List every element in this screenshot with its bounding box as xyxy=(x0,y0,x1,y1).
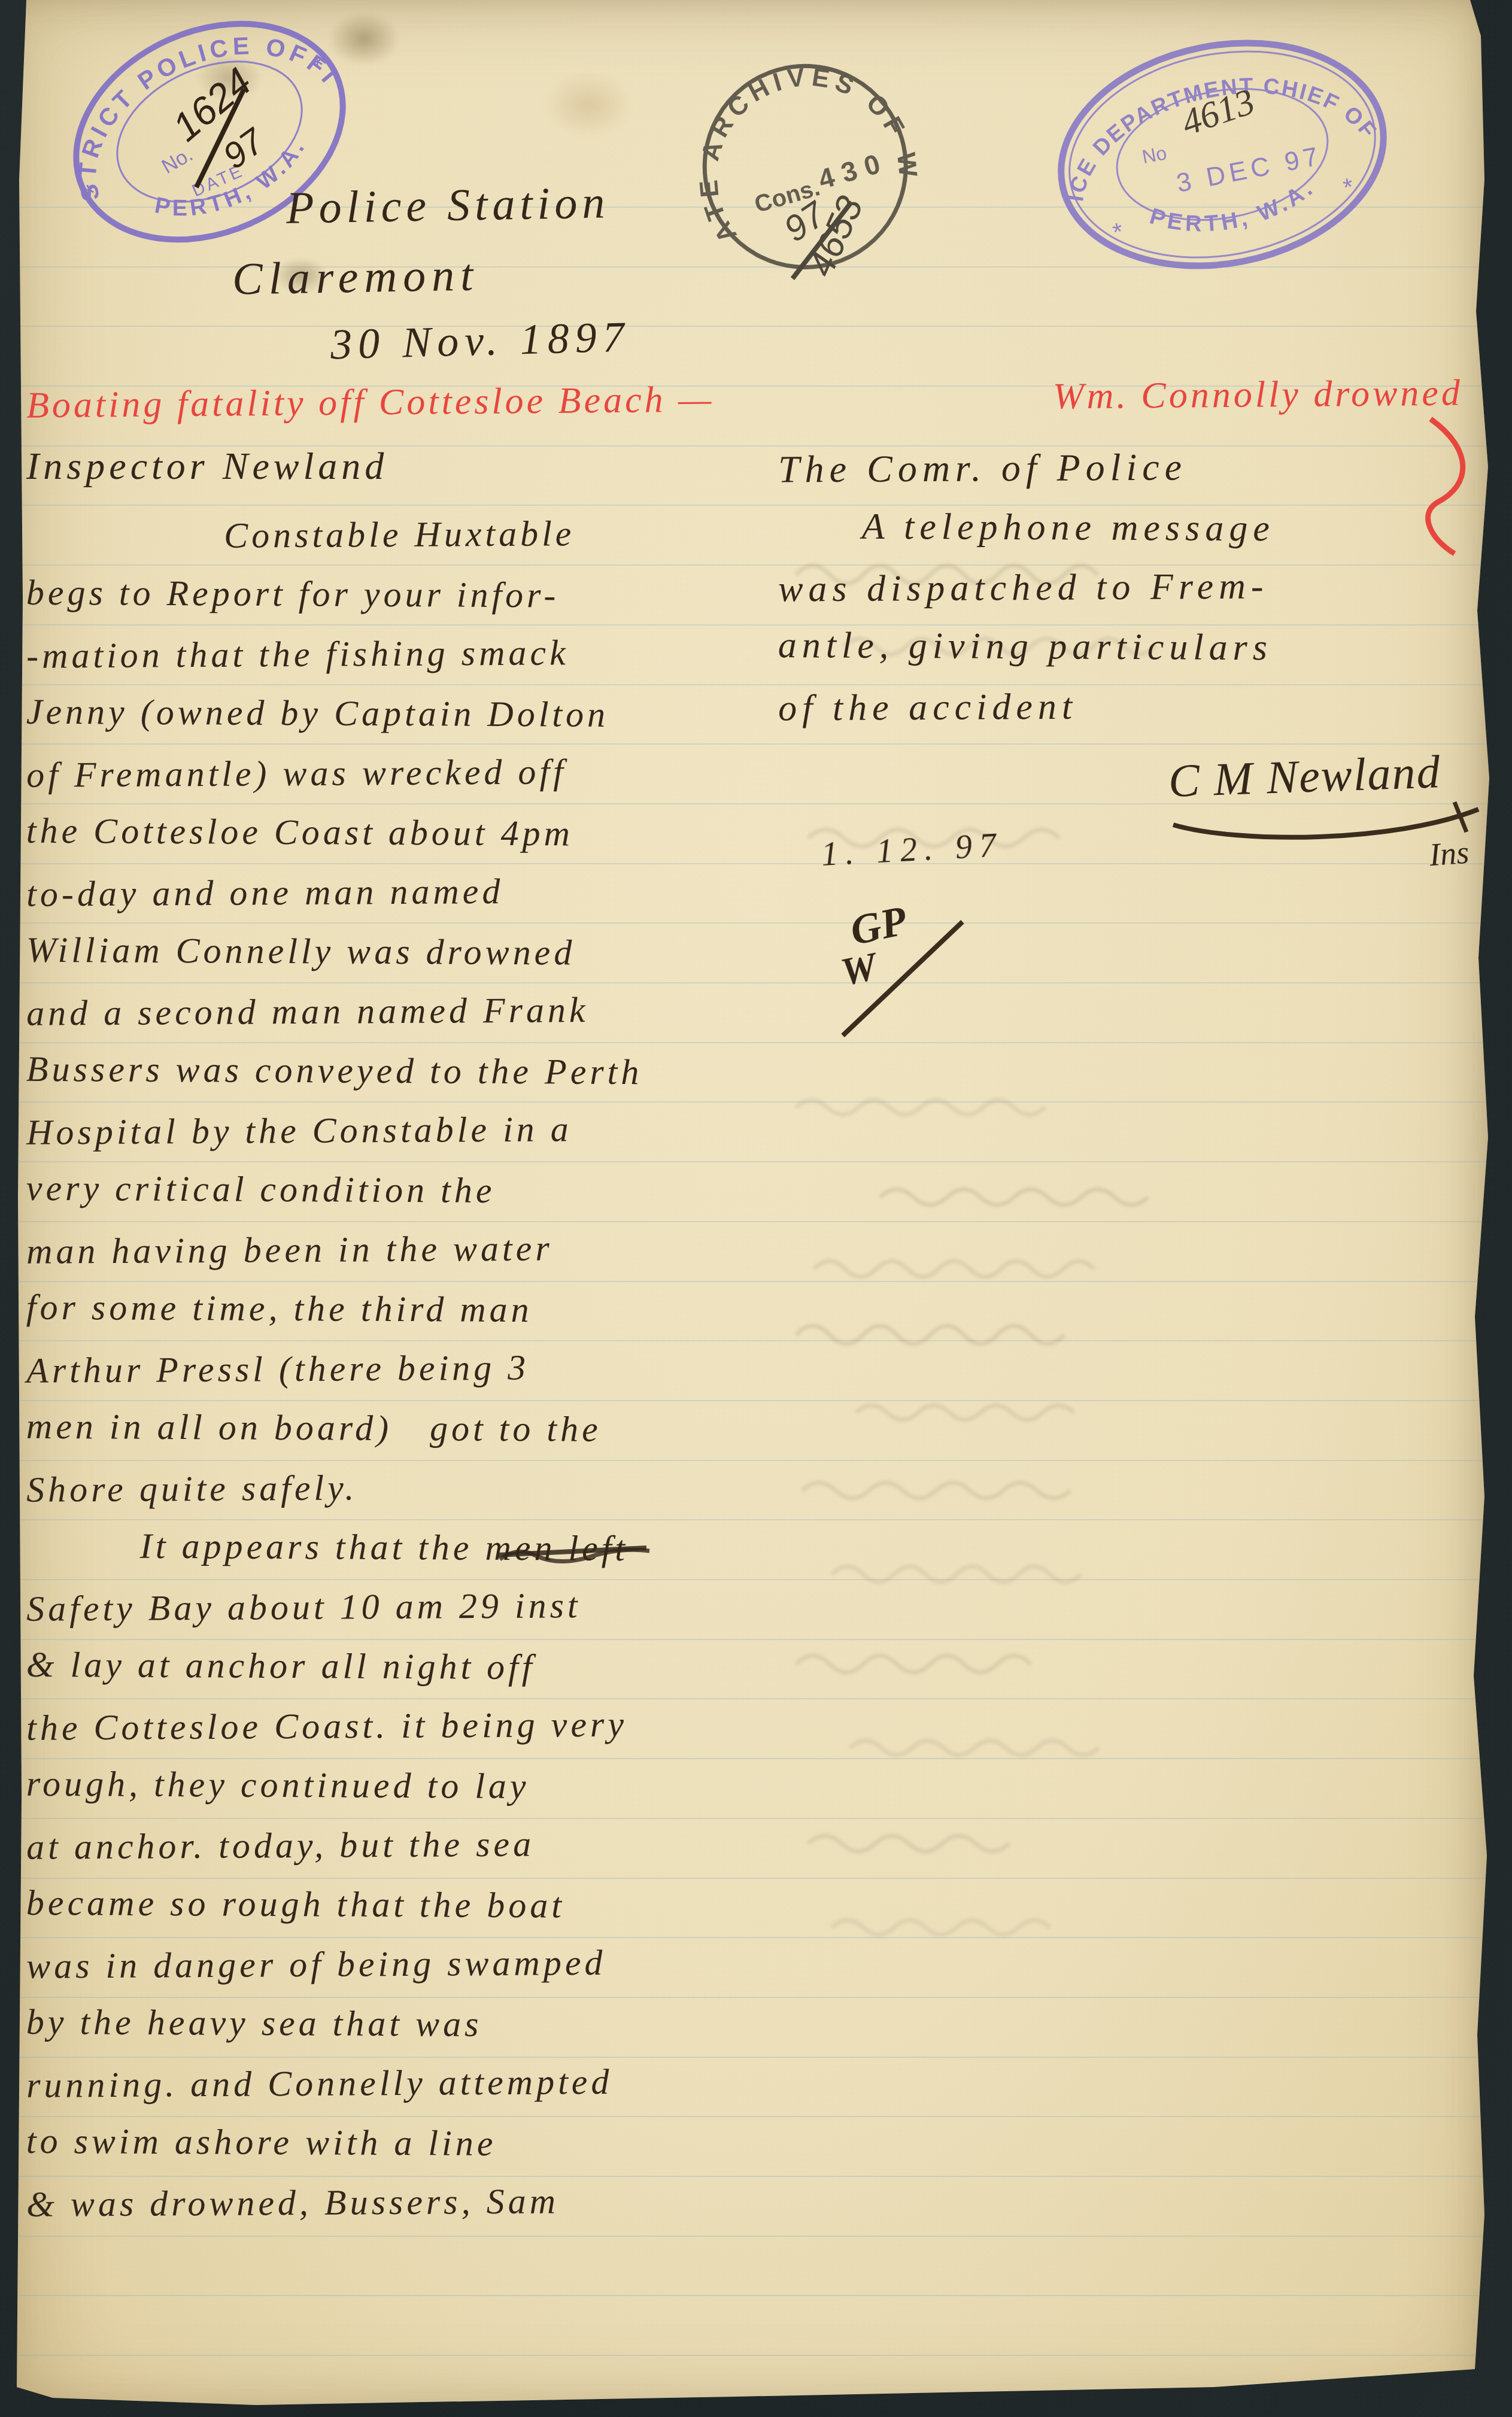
archives-stamp-cons-number: 430 xyxy=(815,145,891,195)
handwritten-line: very critical condition the xyxy=(26,1149,769,1212)
handwritten-line: the Cottesloe Coast about 4pm xyxy=(26,791,769,855)
police-dept-stamp-star-left: * xyxy=(1110,217,1125,247)
station-header-line2: Claremont xyxy=(232,249,479,305)
handwritten-line: rough, they continued to lay xyxy=(26,1744,769,1808)
report-body-left-column: Constable Huxtable begs to Report for yo… xyxy=(26,496,769,2223)
handwritten-line: men in all on board) got to the xyxy=(26,1387,769,1450)
salutation: Inspector Newland xyxy=(26,444,388,488)
handwritten-line: Safety Bay about 10 am 29 inst xyxy=(26,1565,769,1629)
signature-rank: Ins xyxy=(1428,834,1470,873)
handwritten-line: & lay at anchor all night off xyxy=(26,1625,769,1689)
handwritten-line: by the heavy sea that was xyxy=(26,1982,769,2046)
handwritten-line: It appears that the men left xyxy=(26,1506,769,1569)
police-dept-stamp-no-label: No xyxy=(1140,142,1168,168)
handwritten-line: at anchor. today, but the sea xyxy=(26,1803,769,1868)
red-heading-right: Wm. Connolly drowned xyxy=(1053,372,1464,418)
red-heading-left: Boating fatality off Cottesloe Beach — xyxy=(26,378,715,427)
handwritten-line: of the accident xyxy=(778,666,1479,730)
handwritten-line: for some time, the third man xyxy=(26,1268,769,1331)
handwritten-line: Hospital by the Constable in a xyxy=(26,1089,769,1153)
police-dept-stamp-star-right: * xyxy=(1341,172,1356,202)
handwritten-line: was in danger of being swamped xyxy=(26,1923,769,1987)
handwritten-line: Jenny (owned by Captain Dolton xyxy=(26,672,769,736)
initials-slash xyxy=(831,910,974,1047)
handwritten-line: of Fremantle) was wrecked off xyxy=(26,731,769,795)
handwritten-line: Bussers was conveyed to the Perth xyxy=(26,1030,769,1093)
paper-stain xyxy=(544,72,633,138)
handwritten-line: the Cottesloe Coast. it being very xyxy=(26,1684,769,1748)
handwritten-line: begs to Report for your infor- xyxy=(26,553,769,617)
handwritten-line: -mation that the fishing smack xyxy=(26,612,769,676)
handwritten-line: Constable Huxtable xyxy=(26,493,769,557)
station-header-date: 30 Nov. 1897 xyxy=(330,312,631,369)
report-body-right-column: The Comr. of Police A telephone message … xyxy=(778,430,1478,728)
handwritten-line: to swim ashore with a line xyxy=(26,2102,769,2165)
handwritten-line: A telephone message xyxy=(778,487,1479,551)
handwritten-line: antle, giving particulars xyxy=(778,606,1479,670)
handwritten-line: and a second man named Frank xyxy=(26,970,769,1034)
handwritten-line: William Connelly was drowned xyxy=(26,910,769,974)
handwritten-line: was dispatched to Frem- xyxy=(778,546,1479,611)
station-header-line1: Police Station xyxy=(286,177,610,234)
handwritten-line: to-day and one man named xyxy=(26,851,769,915)
crossed-out-word xyxy=(497,1532,652,1574)
handwritten-line: running. and Connelly attempted xyxy=(26,2042,769,2106)
handwritten-line: became so rough that the boat xyxy=(26,1863,769,1927)
handwritten-line: Shore quite safely. xyxy=(26,1446,769,1510)
handwritten-line: The Comr. of Police xyxy=(778,427,1479,491)
handwritten-line: & was drowned, Bussers, Sam xyxy=(26,2161,769,2225)
handwritten-line: Arthur Pressl (there being 3 xyxy=(26,1327,769,1391)
handwritten-line: man having been in the water xyxy=(26,1208,769,1272)
